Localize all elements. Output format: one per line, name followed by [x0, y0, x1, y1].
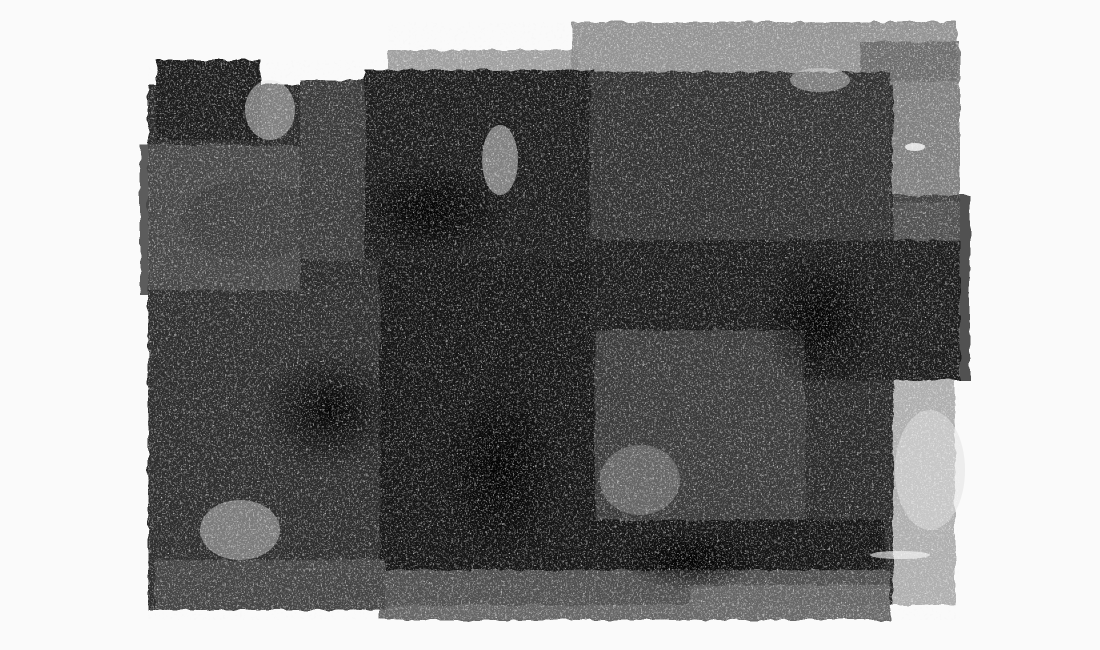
worn-patches	[200, 68, 965, 560]
grunge-texture	[0, 0, 1100, 650]
ink-blots	[180, 160, 880, 590]
print-layer-top-strip	[572, 22, 957, 82]
image-canvas	[0, 0, 1100, 650]
speckle-overlay	[0, 0, 1100, 650]
